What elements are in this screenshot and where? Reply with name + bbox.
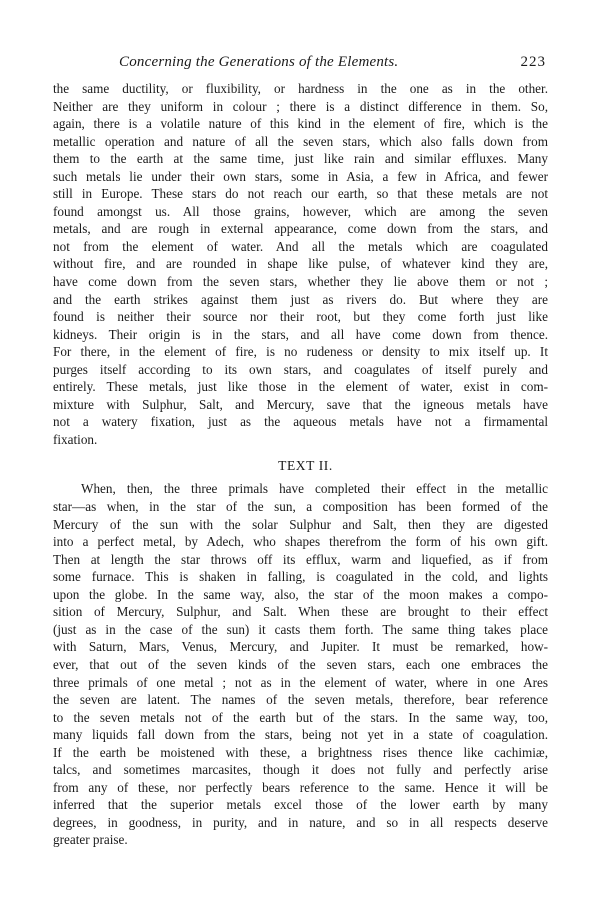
text-line: When, then, the three primals have compl… (53, 480, 548, 498)
paragraph-1: the same ductility, or fluxibility, or h… (53, 80, 548, 448)
text-line: the seven are latent. The names of the s… (53, 691, 548, 709)
text-line: still in Europe. These stars do not reac… (53, 185, 548, 203)
text-line: fixation. (53, 431, 548, 449)
text-line: purges itself according to its own stars… (53, 361, 548, 379)
text-line: ever, that out of the seven kinds of the… (53, 656, 548, 674)
book-page: Concerning the Generations of the Elemen… (53, 54, 548, 849)
text-line: metals, and are rough in external appear… (53, 220, 548, 238)
text-line: not a watery fixation, just as the aqueo… (53, 413, 548, 431)
text-line: have come down from the seven stars, whe… (53, 273, 548, 291)
text-line: Mercury of the sun with the solar Sulphu… (53, 516, 548, 534)
paragraph-2: When, then, the three primals have compl… (53, 480, 548, 848)
text-line: If the earth be moistened with these, a … (53, 744, 548, 762)
text-line: entirely. These metals, just like those … (53, 378, 548, 396)
text-line: with Saturn, Mars, Venus, Mercury, and J… (53, 638, 548, 656)
text-line: into a perfect metal, by Adech, who shap… (53, 533, 548, 551)
text-line: mixture with Sulphur, Salt, and Mercury,… (53, 396, 548, 414)
running-head: Concerning the Generations of the Elemen… (53, 54, 548, 80)
text-line: inferred that the superior metals excel … (53, 796, 548, 814)
text-line: some furnace. This is shaken in falling,… (53, 568, 548, 586)
text-line: found amongst us. All those grains, howe… (53, 203, 548, 221)
text-line: degrees, in goodness, in purity, and in … (53, 814, 548, 832)
text-line: such metals lie under their own stars, s… (53, 168, 548, 186)
text-line: again, there is a volatile nature of thi… (53, 115, 548, 133)
text-line: found is neither their source nor their … (53, 308, 548, 326)
text-line: not from the element of water. And all t… (53, 238, 548, 256)
section-heading: TEXT II. (53, 458, 548, 474)
text-line: many liquids fall down from the stars, b… (53, 726, 548, 744)
text-line: sition of Mercury, Sulphur, and Salt. Wh… (53, 603, 548, 621)
text-line: talcs, and sometimes marcasites, though … (53, 761, 548, 779)
running-title: Concerning the Generations of the Elemen… (119, 54, 398, 71)
text-line: upon the globe. In the same way, also, t… (53, 586, 548, 604)
text-line: without fire, and are rounded in shape l… (53, 255, 548, 273)
text-line: from any of these, nor perfectly bears r… (53, 779, 548, 797)
text-line: to the seven metals not of the earth but… (53, 709, 548, 727)
text-line: three primals of one metal ; not as in t… (53, 674, 548, 692)
text-line: Neither are they uniform in colour ; the… (53, 98, 548, 116)
text-line: them to the earth at the same time, just… (53, 150, 548, 168)
text-line: greater praise. (53, 831, 548, 849)
text-line: star—as when, in the star of the sun, a … (53, 498, 548, 516)
page-number: 223 (521, 54, 547, 71)
text-line: and the earth strikes against them just … (53, 291, 548, 309)
text-line: the same ductility, or fluxibility, or h… (53, 80, 548, 98)
text-line: Then at length the star throws off its e… (53, 551, 548, 569)
text-line: kidneys. Their origin is in the stars, a… (53, 326, 548, 344)
text-line: For there, in the element of fire, is no… (53, 343, 548, 361)
text-line: (just as in the case of the sun) it cast… (53, 621, 548, 639)
text-line: metallic operation and nature of all the… (53, 133, 548, 151)
